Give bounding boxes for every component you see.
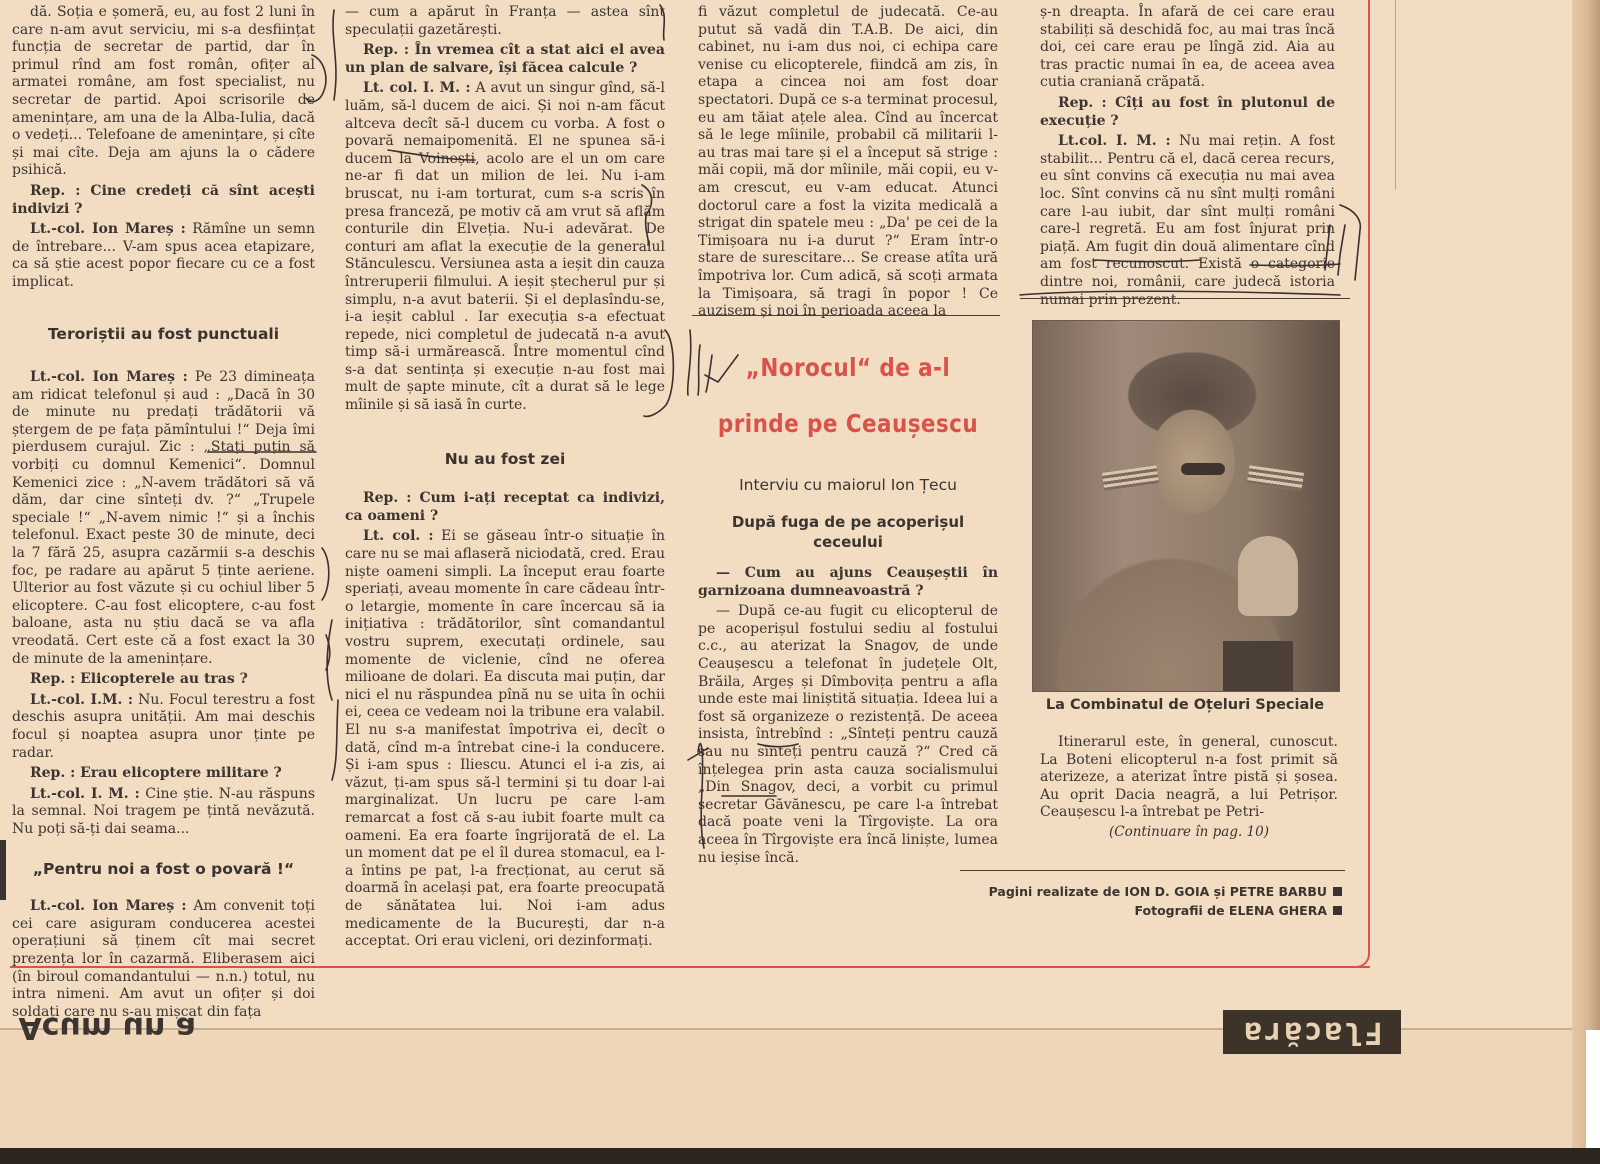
back-page-headline: Acum un a bbox=[0, 1010, 196, 1045]
scan-background bbox=[1586, 1030, 1600, 1164]
scan-edge bbox=[0, 1148, 1600, 1164]
handwritten-marks bbox=[0, 0, 1600, 1030]
masthead-text: Flacăra bbox=[1242, 1015, 1382, 1050]
masthead-logo: Flacăra bbox=[1223, 1010, 1401, 1054]
